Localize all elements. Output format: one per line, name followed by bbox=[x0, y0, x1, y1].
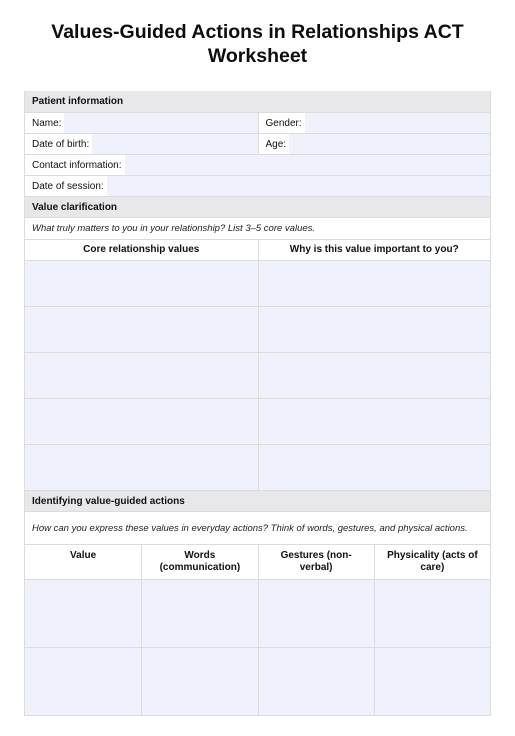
column-header-why-important: Why is this value important to you? bbox=[258, 240, 491, 260]
age-cell: Age: bbox=[258, 134, 491, 154]
contact-cell: Contact information: bbox=[25, 155, 490, 175]
core-value-input[interactable] bbox=[25, 445, 258, 490]
column-header-gestures: Gestures (non-verbal) bbox=[258, 545, 374, 579]
row-name-gender: Name: Gender: bbox=[25, 112, 490, 133]
value-input[interactable] bbox=[25, 648, 141, 715]
value-clarification-prompt: What truly matters to you in your relati… bbox=[25, 217, 490, 239]
why-important-input[interactable] bbox=[258, 353, 491, 398]
name-cell: Name: bbox=[25, 113, 258, 133]
contact-information-field[interactable] bbox=[125, 155, 491, 175]
row-session: Date of session: bbox=[25, 175, 490, 196]
row-contact: Contact information: bbox=[25, 154, 490, 175]
column-header-core-values: Core relationship values bbox=[25, 240, 258, 260]
row-dob-age: Date of birth: Age: bbox=[25, 133, 490, 154]
value-input[interactable] bbox=[25, 580, 141, 647]
words-input[interactable] bbox=[141, 580, 257, 647]
table-row bbox=[25, 444, 490, 490]
table-row bbox=[25, 352, 490, 398]
session-cell: Date of session: bbox=[25, 176, 490, 196]
section-header-patient-information: Patient information bbox=[25, 91, 490, 112]
table-row bbox=[25, 398, 490, 444]
why-important-input[interactable] bbox=[258, 445, 491, 490]
physicality-input[interactable] bbox=[374, 648, 490, 715]
words-input[interactable] bbox=[141, 648, 257, 715]
value-guided-actions-prompt: How can you express these values in ever… bbox=[25, 511, 490, 544]
name-label: Name: bbox=[25, 113, 64, 133]
date-of-session-label: Date of session: bbox=[25, 176, 107, 196]
gender-field[interactable] bbox=[305, 113, 490, 133]
column-header-value: Value bbox=[25, 545, 141, 579]
section-header-value-guided-actions: Identifying value-guided actions bbox=[25, 490, 490, 511]
age-label: Age: bbox=[259, 134, 290, 154]
physicality-input[interactable] bbox=[374, 580, 490, 647]
core-value-input[interactable] bbox=[25, 261, 258, 306]
table-row bbox=[25, 579, 490, 647]
core-value-input[interactable] bbox=[25, 307, 258, 352]
column-header-physicality: Physicality (acts of care) bbox=[374, 545, 490, 579]
date-of-session-field[interactable] bbox=[107, 176, 490, 196]
gender-label: Gender: bbox=[259, 113, 305, 133]
column-header-words: Words (communication) bbox=[141, 545, 257, 579]
age-field[interactable] bbox=[289, 134, 490, 154]
worksheet-form: Patient information Name: Gender: Date o… bbox=[24, 91, 491, 716]
worksheet-title: Values-Guided Actions in Relationships A… bbox=[0, 20, 515, 68]
value-guided-actions-column-headers: Value Words (communication) Gestures (no… bbox=[25, 544, 490, 579]
value-clarification-column-headers: Core relationship values Why is this val… bbox=[25, 239, 490, 260]
why-important-input[interactable] bbox=[258, 399, 491, 444]
table-row bbox=[25, 306, 490, 352]
core-value-input[interactable] bbox=[25, 399, 258, 444]
table-row bbox=[25, 260, 490, 306]
date-of-birth-label: Date of birth: bbox=[25, 134, 92, 154]
section-header-value-clarification: Value clarification bbox=[25, 196, 490, 217]
gestures-input[interactable] bbox=[258, 580, 374, 647]
contact-information-label: Contact information: bbox=[25, 155, 125, 175]
why-important-input[interactable] bbox=[258, 307, 491, 352]
why-important-input[interactable] bbox=[258, 261, 491, 306]
date-of-birth-field[interactable] bbox=[92, 134, 257, 154]
name-field[interactable] bbox=[64, 113, 257, 133]
table-row bbox=[25, 647, 490, 715]
gestures-input[interactable] bbox=[258, 648, 374, 715]
dob-cell: Date of birth: bbox=[25, 134, 258, 154]
gender-cell: Gender: bbox=[258, 113, 491, 133]
core-value-input[interactable] bbox=[25, 353, 258, 398]
